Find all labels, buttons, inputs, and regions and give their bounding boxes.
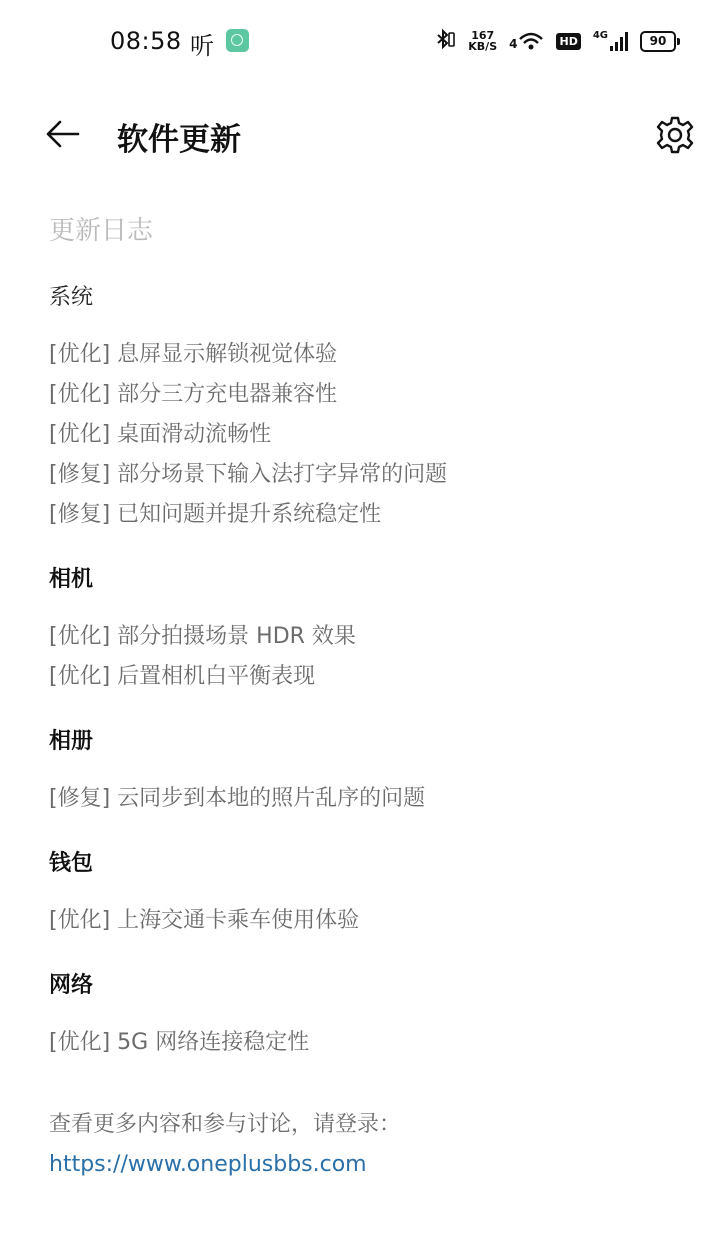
changelog-title: 更新日志 [49,210,689,250]
changelog-item: [修复] 云同步到本地的照片乱序的问题 [49,779,689,819]
page-title: 软件更新 [117,114,241,159]
section-system: 系统 [优化] 息屏显示解锁视觉体验 [优化] 部分三方充电器兼容性 [优化] … [49,283,689,535]
footer-text: 查看更多内容和参与讨论，请登录： [49,1105,689,1145]
changelog-item: [优化] 桌面滑动流畅性 [49,415,689,455]
status-bar: 08:58 听 167 KB/S 4 HD 4G 90 [0,0,720,80]
back-button[interactable] [44,114,84,154]
network-speed: 167 KB/S [468,30,497,52]
section-gallery: 相册 [修复] 云同步到本地的照片乱序的问题 [49,727,689,819]
changelog-item: [修复] 已知问题并提升系统稳定性 [49,495,689,535]
changelog-item: [优化] 息屏显示解锁视觉体验 [49,335,689,375]
listen-app-icon: 听 [190,26,214,61]
changelog-item: [优化] 部分三方充电器兼容性 [49,375,689,415]
section-network: 网络 [优化] 5G 网络连接稳定性 [49,971,689,1063]
bluetooth-icon [434,28,456,54]
battery-level: 90 [650,34,667,48]
changelog-item: [修复] 部分场景下输入法打字异常的问题 [49,455,689,495]
cellular-signal-icon: 4G [593,31,628,51]
changelog-item: [优化] 后置相机白平衡表现 [49,657,689,697]
section-title: 相机 [49,565,689,595]
changelog-item: [优化] 上海交通卡乘车使用体验 [49,901,689,941]
settings-button[interactable] [654,114,696,156]
cellular-label: 4G [593,31,608,41]
gear-icon [654,114,696,156]
section-title: 网络 [49,971,689,1001]
changelog-item: [优化] 5G 网络连接稳定性 [49,1023,689,1063]
changelog-content: 更新日志 系统 [优化] 息屏显示解锁视觉体验 [优化] 部分三方充电器兼容性 … [49,210,689,1185]
wifi-icon: 4 [509,31,544,51]
wifi-label: 4 [509,37,517,51]
update-app-icon [226,29,249,52]
changelog-item: [优化] 部分拍摄场景 HDR 效果 [49,617,689,657]
section-camera: 相机 [优化] 部分拍摄场景 HDR 效果 [优化] 后置相机白平衡表现 [49,565,689,697]
app-header: 软件更新 [0,100,720,170]
footer: 查看更多内容和参与讨论，请登录： https://www.oneplusbbs.… [49,1105,689,1185]
hd-voice-icon: HD [556,33,580,50]
battery-icon: 90 [640,31,676,52]
section-wallet: 钱包 [优化] 上海交通卡乘车使用体验 [49,849,689,941]
network-speed-unit: KB/S [468,41,497,52]
forum-link[interactable]: https://www.oneplusbbs.com [49,1145,689,1185]
section-title: 钱包 [49,849,689,879]
back-arrow-icon [44,114,84,154]
status-icons: 167 KB/S 4 HD 4G 90 [434,26,676,56]
section-title: 系统 [49,283,689,313]
section-title: 相册 [49,727,689,757]
status-time: 08:58 [110,27,182,55]
